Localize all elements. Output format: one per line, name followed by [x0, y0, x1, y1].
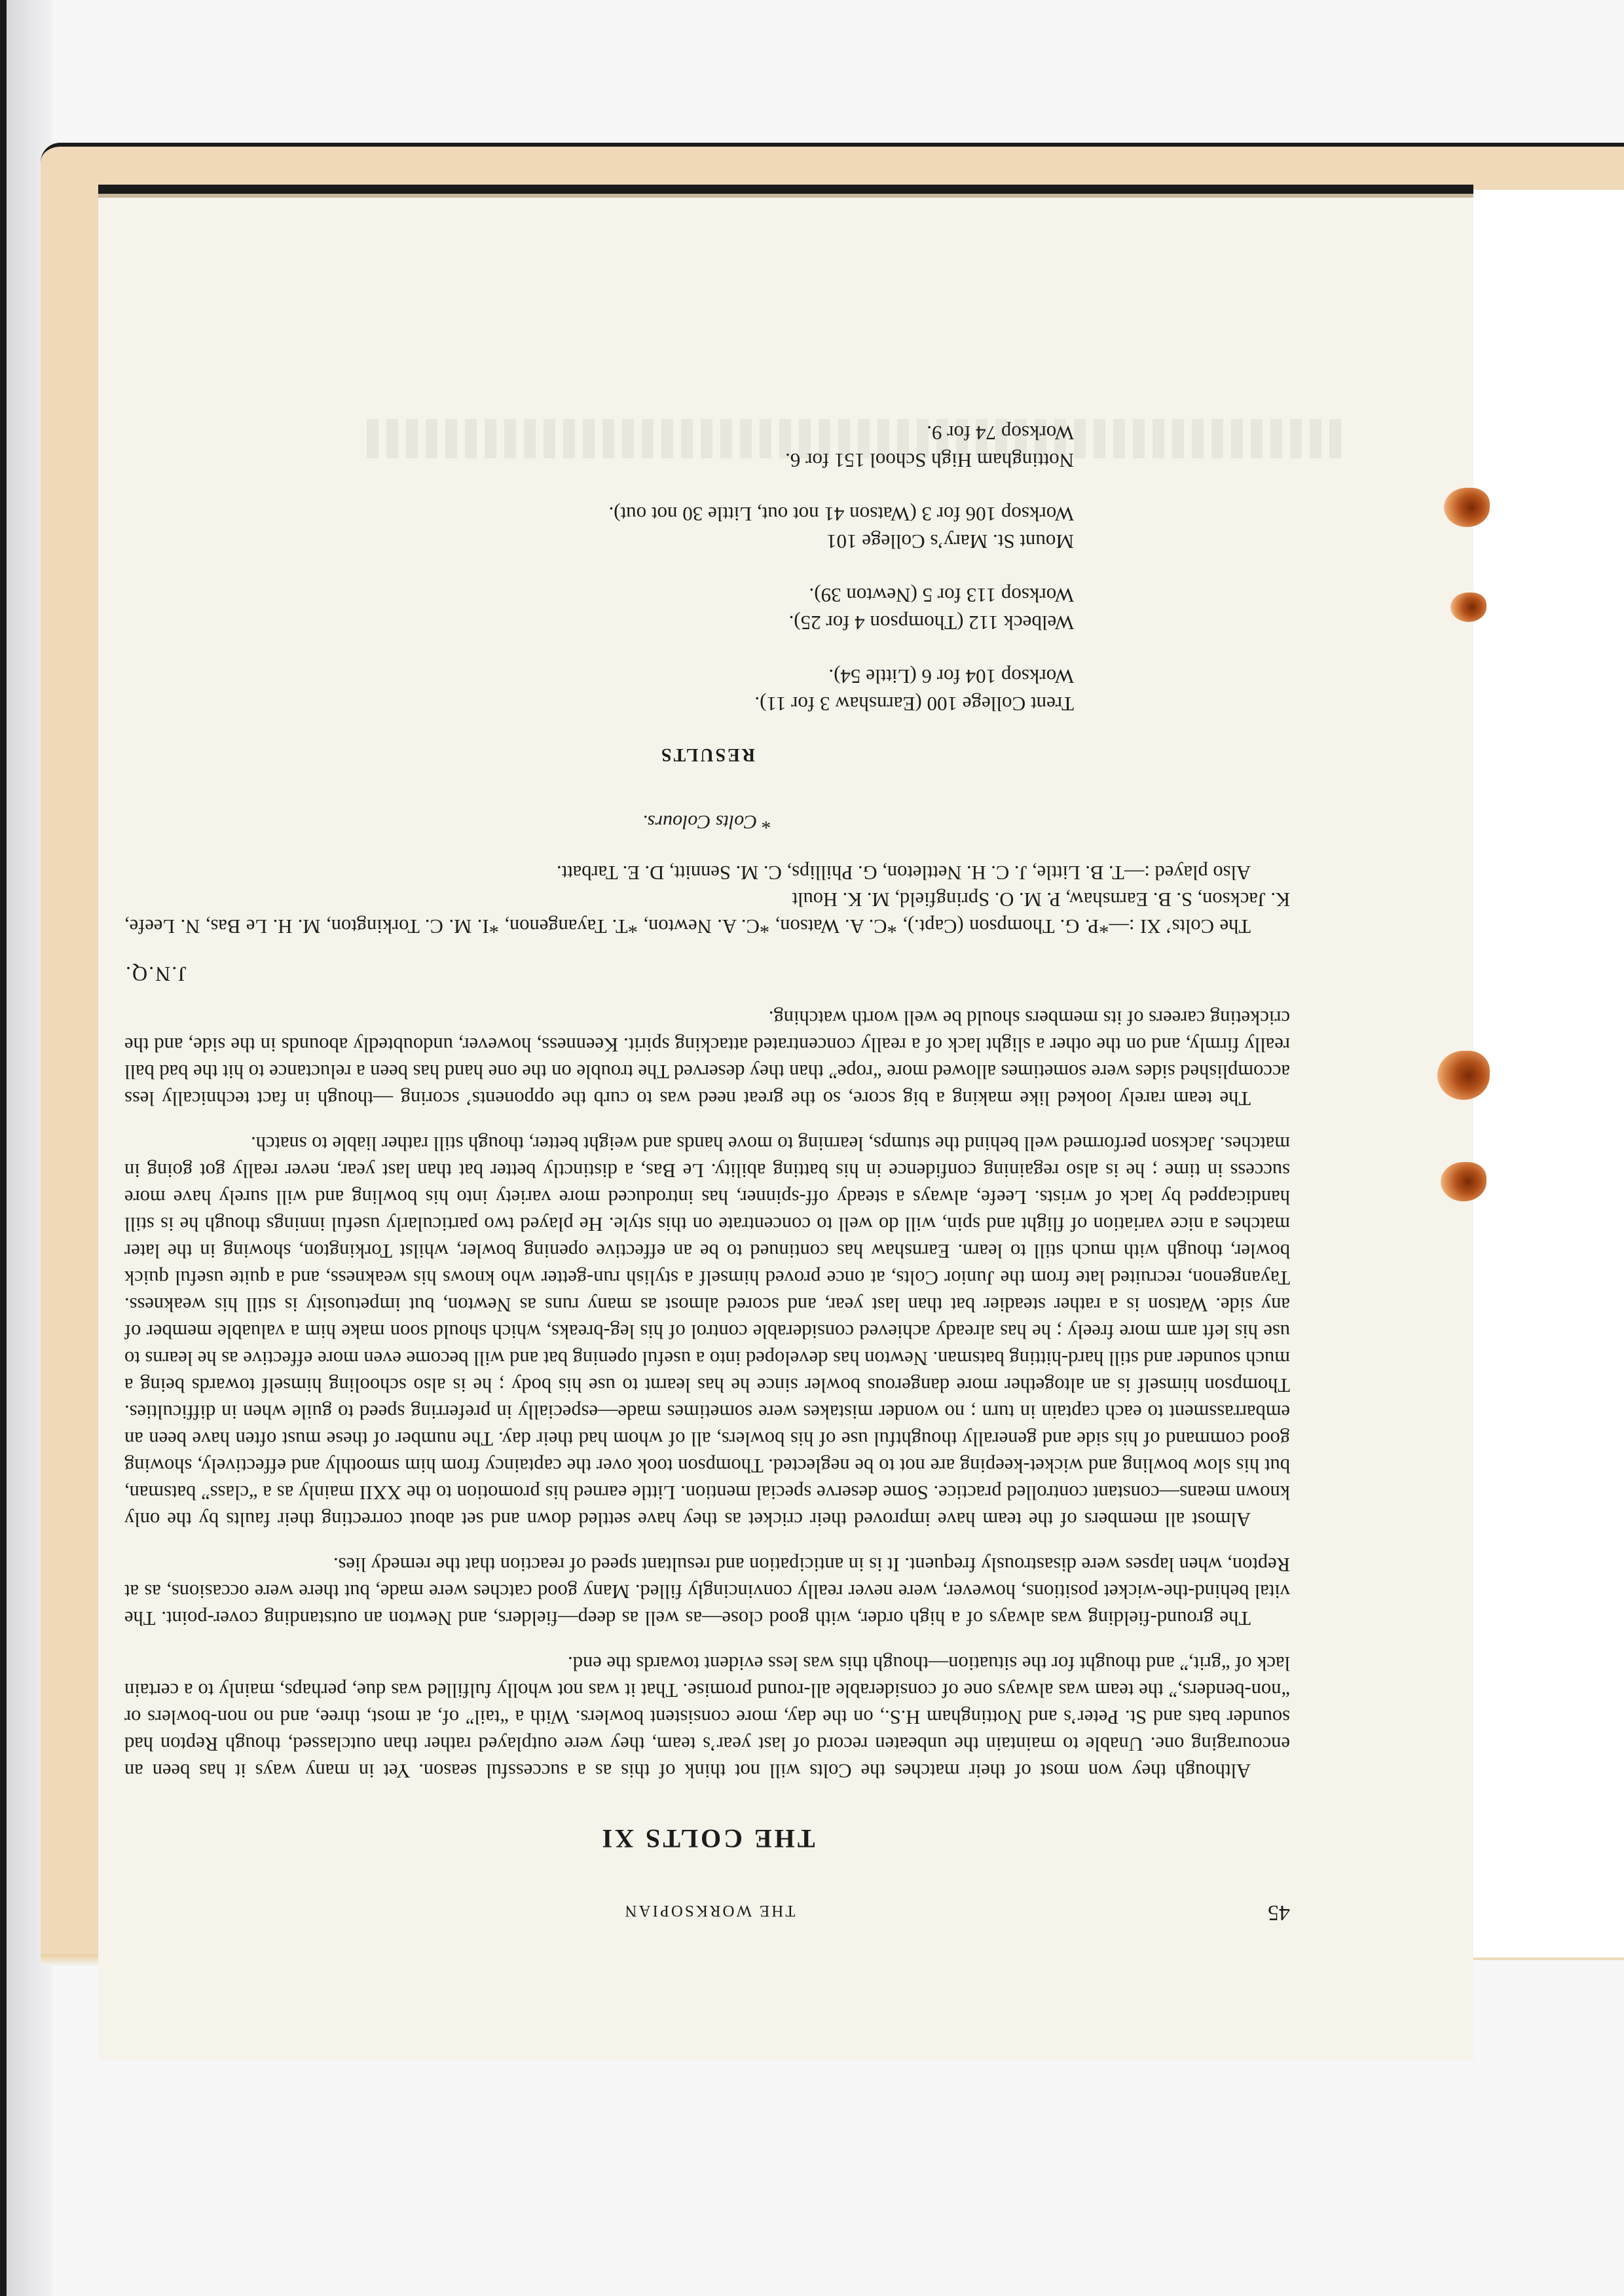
also-played: Also played :—T. B. Little, J. C. H. Net…	[124, 859, 1290, 886]
facing-page	[1473, 190, 1624, 1958]
result-line: Trent College 100 (Earnshaw 3 for 11).	[124, 690, 1074, 718]
result-line: Worksop 104 for 6 (Little 54).	[124, 663, 1074, 690]
paragraph: The team rarely looked like making a big…	[124, 1004, 1290, 1112]
paragraph: The ground-fielding was always of a high…	[124, 1551, 1290, 1631]
rust-stain	[1444, 488, 1490, 527]
paragraph: Almost all members of the team have impr…	[124, 1130, 1290, 1533]
rust-stain	[1437, 1051, 1490, 1100]
match-result: Welbeck 112 (Thompson 4 for 25). Worksop…	[124, 581, 1290, 636]
result-line: Mount St. Mary’s College 101	[124, 528, 1074, 555]
rust-stain	[1450, 592, 1486, 622]
match-result: Mount St. Mary’s College 101 Worksop 106…	[124, 500, 1290, 555]
result-line: Worksop 113 for 5 (Newton 39).	[124, 581, 1074, 609]
upside-down-text-block: 45 THE WORKSOPIAN THE COLTS XI Although …	[124, 196, 1290, 1951]
results-heading: RESULTS	[124, 744, 1290, 765]
colours-note: * Colts Colours.	[124, 811, 1290, 833]
author-initials: J.N.Q.	[124, 962, 1290, 986]
bleed-through-text	[367, 419, 1349, 458]
paragraph: Although they won most of their matches …	[124, 1650, 1290, 1784]
team-list: The Colts’ XI :—*P. G. Thompson (Capt.),…	[124, 886, 1290, 939]
scan-edge	[0, 0, 7, 2296]
running-head: 45 THE WORKSOPIAN	[124, 1900, 1290, 1925]
match-result: Trent College 100 (Earnshaw 3 for 11). W…	[124, 663, 1290, 718]
result-line: Welbeck 112 (Thompson 4 for 25).	[124, 609, 1074, 636]
article-title: THE COLTS XI	[124, 1823, 1290, 1854]
page-number: 45	[1268, 1900, 1290, 1925]
result-line: Worksop 106 for 3 (Watson 41 not out, Li…	[124, 500, 1074, 528]
running-head-title: THE WORKSOPIAN	[151, 1901, 1268, 1920]
rust-stain	[1441, 1162, 1486, 1201]
